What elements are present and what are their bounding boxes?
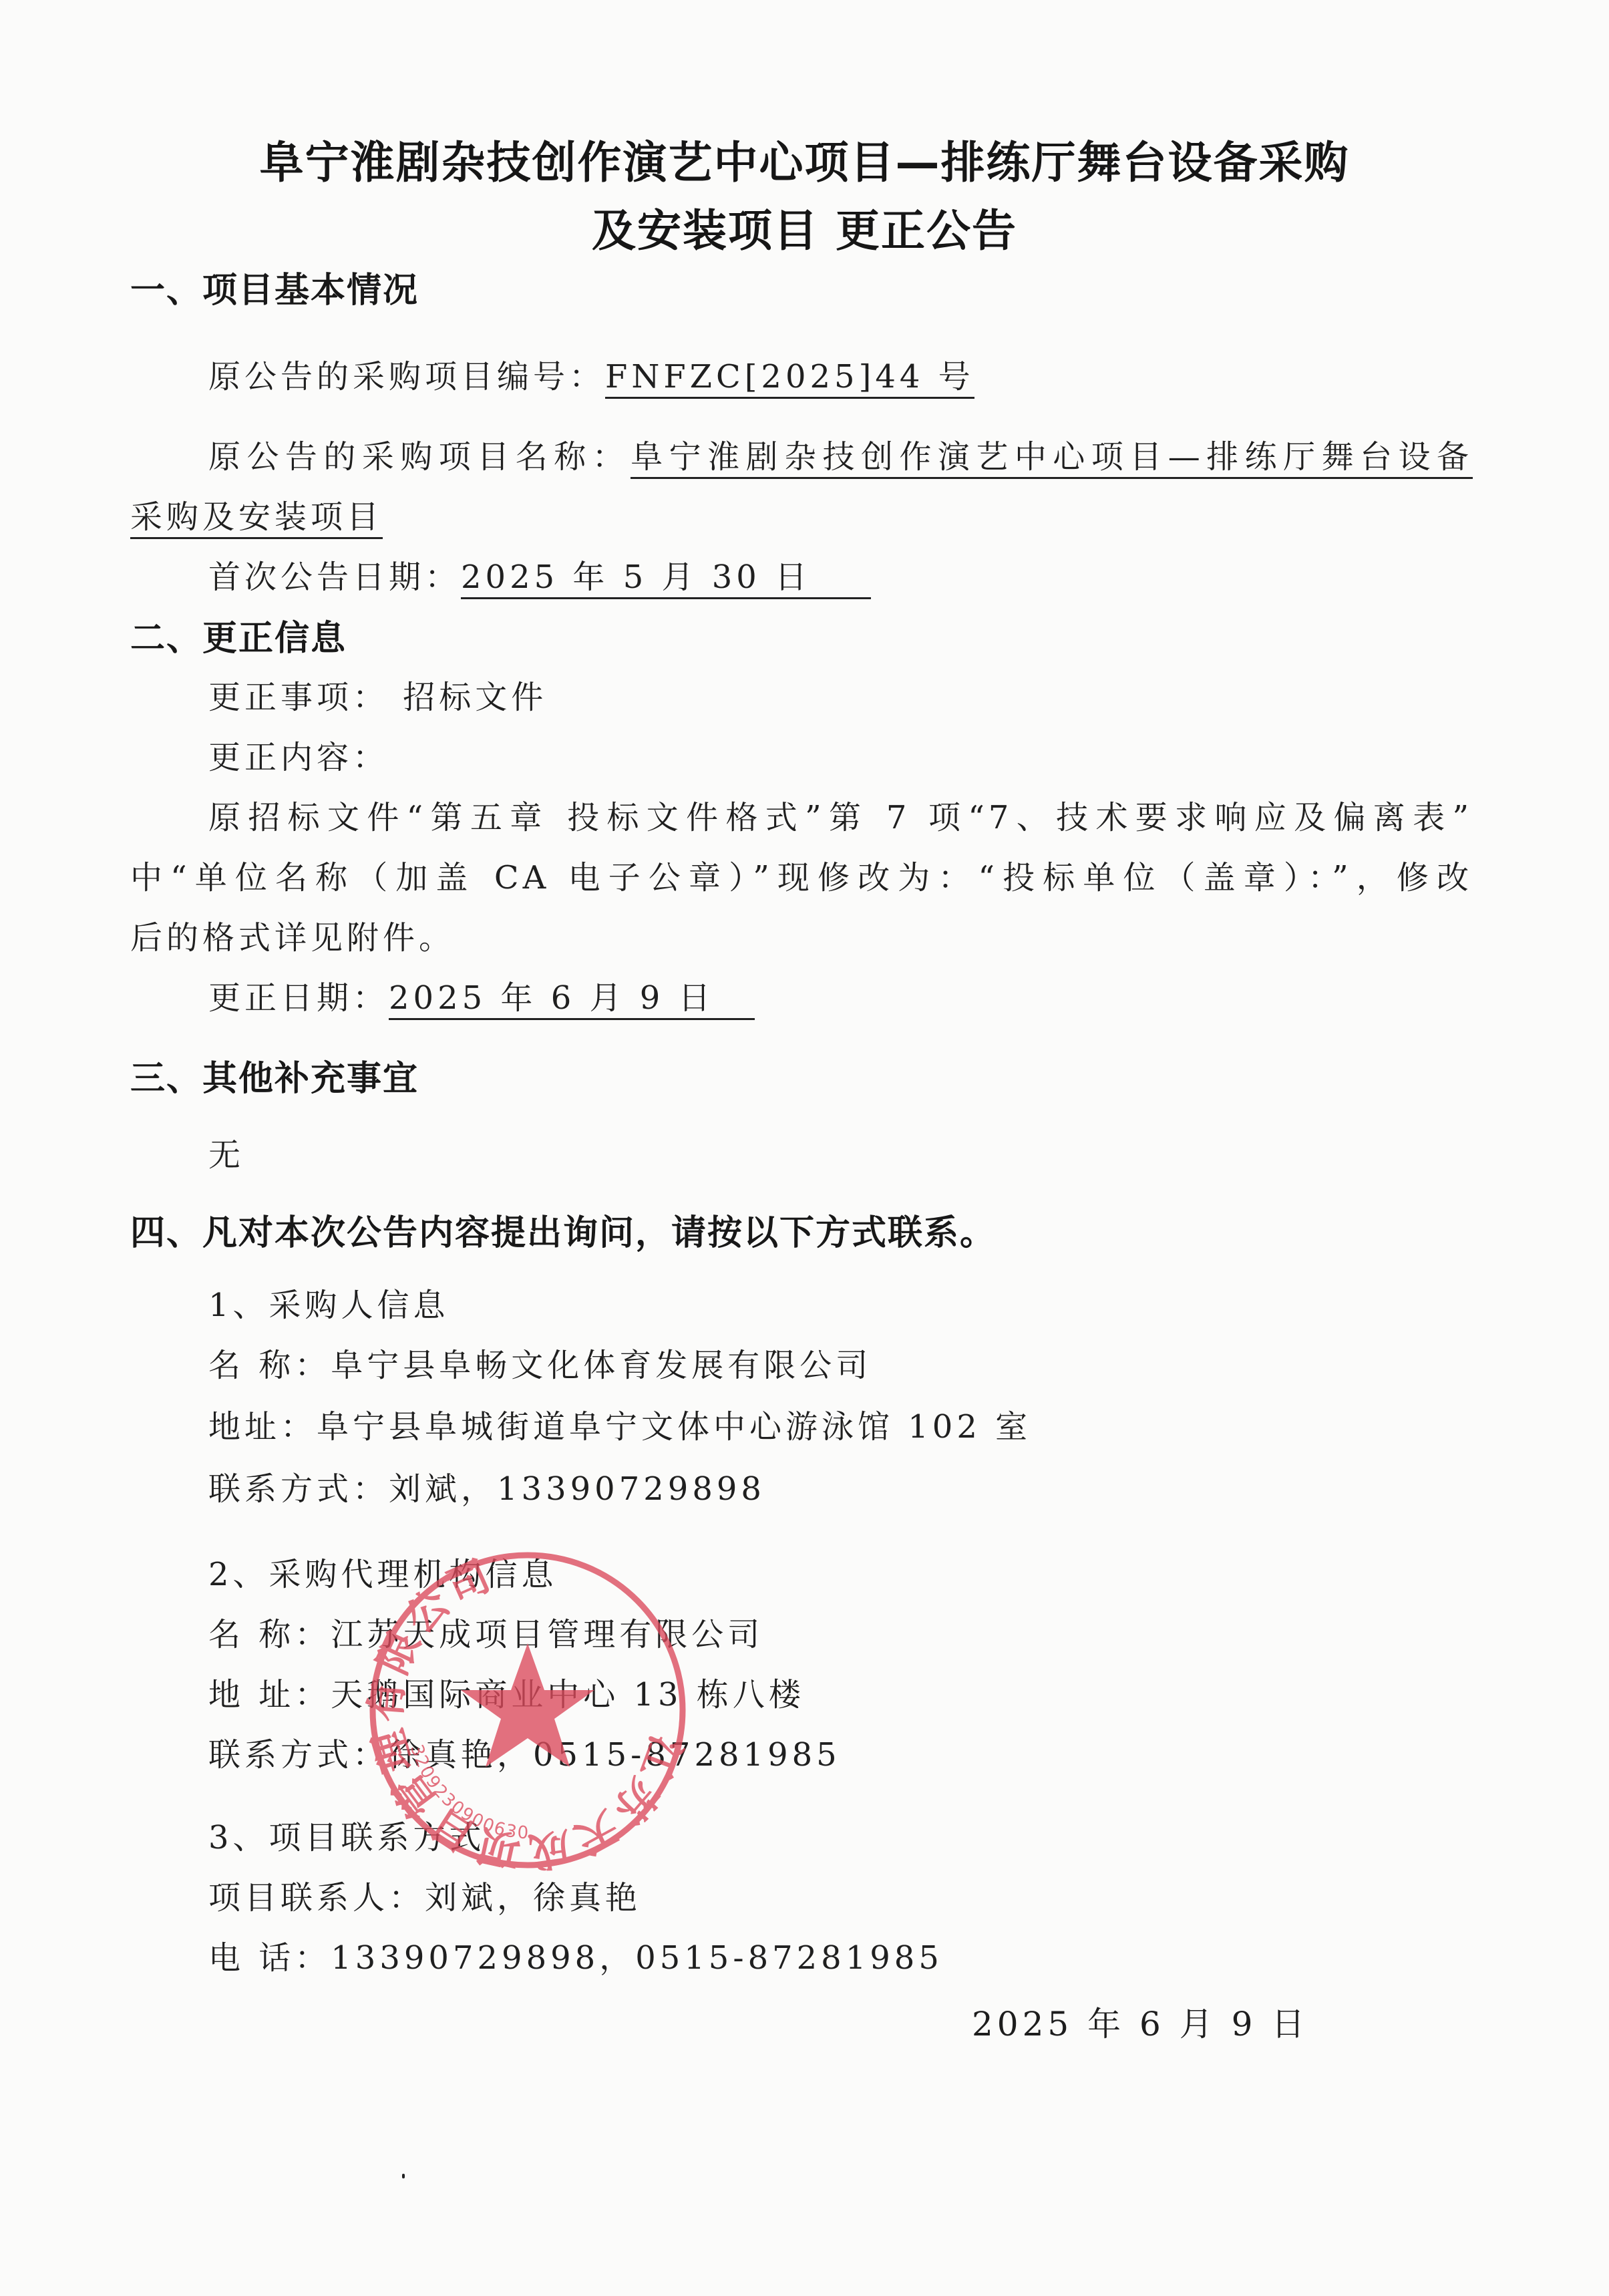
correction-content-line-2: 中“单位名称（加盖 CA 电子公章）”现修改为：“投标单位（盖章）：”，修改 (130, 852, 1473, 898)
signature-date: 2025 年 6 月 9 日 (972, 1997, 1308, 2045)
document-title-line-2: 及安装项目 更正公告 (0, 195, 1609, 259)
correction-matter-label: 更正事项： (208, 679, 389, 716)
project-contact-phone: 电 话：13390729898，0515-87281985 (208, 1932, 943, 1978)
correction-date-row: 更正日期：2025 年 6 月 9 日 (208, 972, 755, 1018)
project-name-value-line-1: 阜宁淮剧杂技创作演艺中心项目—排练厅舞台设备 (631, 438, 1473, 479)
document-title-line-1: 阜宁淮剧杂技创作演艺中心项目—排练厅舞台设备采购 (0, 127, 1609, 190)
correction-date-label: 更正日期： (208, 979, 389, 1017)
correction-content-line-1: 原招标文件“第五章 投标文件格式”第 7 项“7、技术要求响应及偏离表” (208, 792, 1473, 838)
announcement-page: 阜宁淮剧杂技创作演艺中心项目—排练厅舞台设备采购 及安装项目 更正公告 一、项目… (0, 0, 1609, 2296)
correction-content-label: 更正内容： (208, 731, 389, 778)
section-3-heading: 三、其他补充事宜 (130, 1050, 419, 1100)
section-2-heading: 二、更正信息 (130, 610, 347, 660)
supplementary-content: 无 (208, 1129, 244, 1175)
correction-content-line-3: 后的格式详见附件。 (130, 912, 455, 958)
first-notice-date-label: 首次公告日期： (208, 558, 461, 596)
section-1-heading: 一、项目基本情况 (130, 262, 419, 312)
first-notice-date-row: 首次公告日期：2025 年 5 月 30 日 (208, 551, 871, 597)
agency-subheading: 2、采购代理机构信息 (208, 1548, 558, 1595)
project-name-label: 原公告的采购项目名称： (208, 438, 631, 476)
agency-contact: 联系方式：徐真艳，0515-87281985 (208, 1729, 841, 1775)
purchaser-contact: 联系方式：刘斌，13390729898 (208, 1463, 765, 1509)
purchaser-subheading: 1、采购人信息 (208, 1279, 450, 1325)
section-4-heading: 四、凡对本次公告内容提出询问，请按以下方式联系。 (130, 1204, 996, 1255)
correction-matter-value: 招标文件 (403, 679, 547, 716)
project-name-row: 原公告的采购项目名称：阜宁淮剧杂技创作演艺中心项目—排练厅舞台设备 (208, 431, 1473, 477)
first-notice-date-value: 2025 年 5 月 30 日 (461, 558, 811, 596)
project-number-row: 原公告的采购项目编号：FNFZC[2025]44 号 (208, 351, 974, 397)
correction-date-value: 2025 年 6 月 9 日 (389, 979, 715, 1017)
purchaser-name: 名 称：阜宁县阜畅文化体育发展有限公司 (208, 1339, 872, 1385)
project-name-value-line-2: 采购及安装项目 (130, 498, 383, 539)
project-number-value: FNFZC[2025]44 号 (605, 358, 974, 399)
correction-matter-row: 更正事项： 招标文件 (208, 671, 547, 717)
project-contact-subheading: 3、项目联系方式 (208, 1812, 486, 1858)
project-name-continuation: 采购及安装项目 (130, 491, 383, 537)
agency-address: 地 址：天鹅国际商业中心 13 栋八楼 (208, 1669, 805, 1715)
agency-name: 名 称：江苏天成项目管理有限公司 (208, 1609, 763, 1655)
scan-speck (402, 2174, 405, 2178)
project-contact-person: 项目联系人：刘斌，徐真艳 (208, 1872, 641, 1918)
purchaser-address: 地址：阜宁县阜城街道阜宁文体中心游泳馆 102 室 (208, 1401, 1031, 1447)
project-number-label: 原公告的采购项目编号： (208, 358, 605, 395)
